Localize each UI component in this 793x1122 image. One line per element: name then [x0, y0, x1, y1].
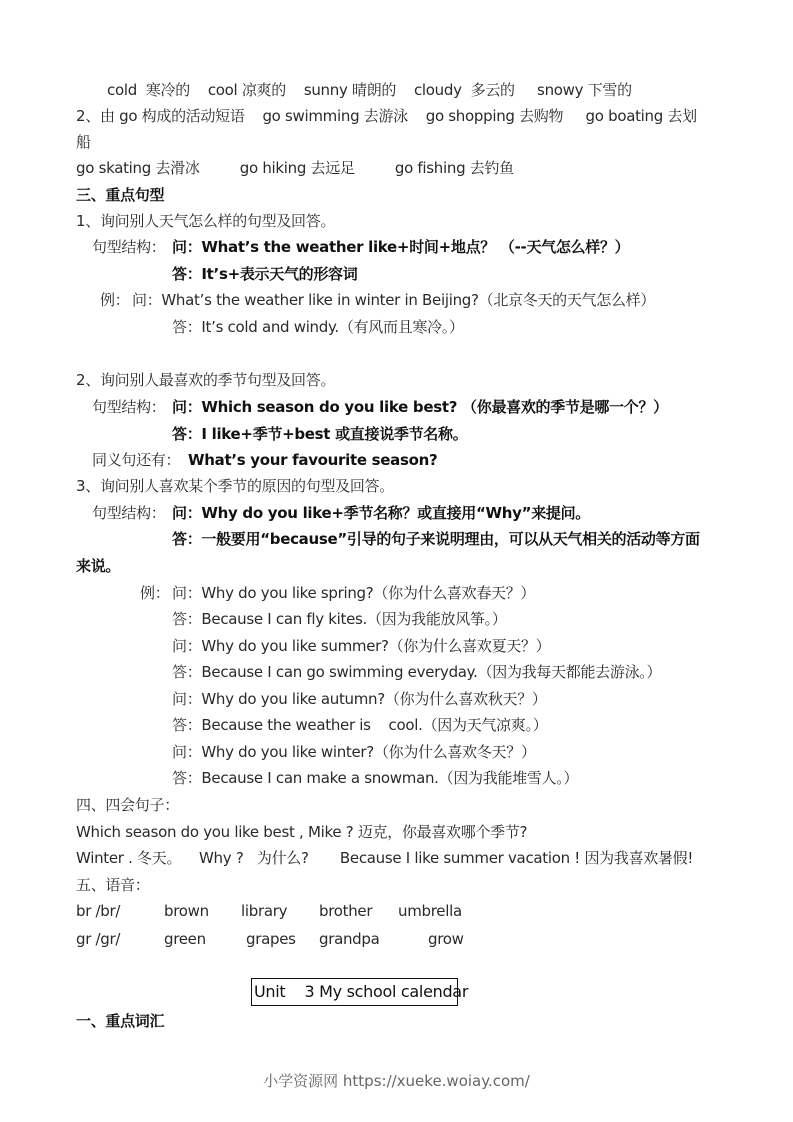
q3-example-line: 答：Because I can make a snowman.（因为我能堆雪人。… [172, 768, 578, 788]
q3-structure-question: 问：Why do you like+季节名称？或直接用“Why”来提问。 [172, 503, 590, 523]
phonics-word: grow [428, 929, 464, 949]
q3-example-line: 答：Because I can fly kites.（因为我能放风筝。） [172, 609, 507, 629]
q3-example-line: 问：Why do you like summer?（你为什么喜欢夏天？） [172, 636, 550, 656]
q3-example-line: 答：Because I can go swimming everyday.（因为… [172, 662, 661, 682]
q2-heading: 2、询问别人最喜欢的季节句型及回答。 [76, 370, 335, 390]
phonics-word: library [241, 901, 287, 921]
q3-structure-label: 句型结构： [92, 503, 166, 523]
vocab-line: cold 寒冷的 cool 凉爽的 sunny 晴朗的 cloudy 多云的 s… [107, 80, 632, 100]
q3-example-line: 问：Why do you like autumn?（你为什么喜欢秋天？） [172, 689, 547, 709]
unit-title-box: Unit 3 My school calendar [251, 978, 458, 1006]
q3-structure-answer: 答：一般要用“because”引导的句子来说明理由，可以从天气相关的活动等方面 [172, 529, 700, 549]
next-section-title: 一、重点词汇 [76, 1011, 164, 1031]
q2-synonym-label: 同义句还有： [92, 450, 180, 470]
footer-watermark: 小学资源网 https://xueke.woiay.com/ [0, 1070, 793, 1091]
q1-example-question: 问：What’s the weather like in winter in B… [132, 290, 655, 310]
phonics-sound: br /br/ [76, 901, 120, 921]
section-4-line: Which season do you like best , Mike ? 迈… [76, 822, 527, 842]
go-phrases-line-1: 2、由 go 构成的活动短语 go swimming 去游泳 go shoppi… [76, 106, 697, 126]
q3-structure-answer-cont: 来说。 [76, 556, 120, 576]
phonics-word: green [164, 929, 206, 949]
phonics-sound: gr /gr/ [76, 929, 120, 949]
q2-structure-question: 问：Which season do you like best? （你最喜欢的季… [172, 397, 668, 417]
q2-structure-answer: 答：I like+季节+best 或直接说季节名称。 [172, 424, 467, 444]
phonics-word: grapes [246, 929, 296, 949]
phonics-word: umbrella [398, 901, 462, 921]
section-4-line: Winter . 冬天。 Why ? 为什么? Because I like s… [76, 848, 693, 868]
phonics-word: brown [164, 901, 209, 921]
phonics-word: brother [319, 901, 372, 921]
go-phrases-line-2: 船 [76, 132, 91, 152]
section-5-title: 五、语音： [76, 875, 150, 895]
q3-example-line: 问：Why do you like spring?（你为什么喜欢春天？） [172, 583, 535, 603]
q2-structure-label: 句型结构： [92, 397, 166, 417]
q1-example-answer: 答：It’s cold and windy.（有风而且寒冷。） [172, 317, 464, 337]
phonics-word: grandpa [319, 929, 380, 949]
q3-example-line: 答：Because the weather is cool.（因为天气凉爽。） [172, 715, 547, 735]
q1-example-label: 例： [100, 290, 129, 310]
section-3-title: 三、重点句型 [76, 185, 164, 205]
q3-example-line: 问：Why do you like winter?（你为什么喜欢冬天？） [172, 742, 536, 762]
q2-synonym: What’s your favourite season? [188, 450, 437, 470]
section-4-title: 四、四会句子： [76, 795, 179, 815]
go-phrases-line-3: go skating 去滑冰 go hiking 去远足 go fishing … [76, 158, 514, 178]
q3-example-label: 例： [140, 583, 169, 603]
q1-structure-label: 句型结构： [92, 237, 166, 257]
q1-heading: 1、询问别人天气怎么样的句型及回答。 [76, 211, 335, 231]
q1-structure-answer: 答：It’s+表示天气的形容词 [172, 264, 357, 284]
q1-structure-question: 问：What’s the weather like+时间+地点？ （--天气怎么… [172, 237, 629, 257]
q3-heading: 3、询问别人喜欢某个季节的原因的句型及回答。 [76, 476, 394, 496]
